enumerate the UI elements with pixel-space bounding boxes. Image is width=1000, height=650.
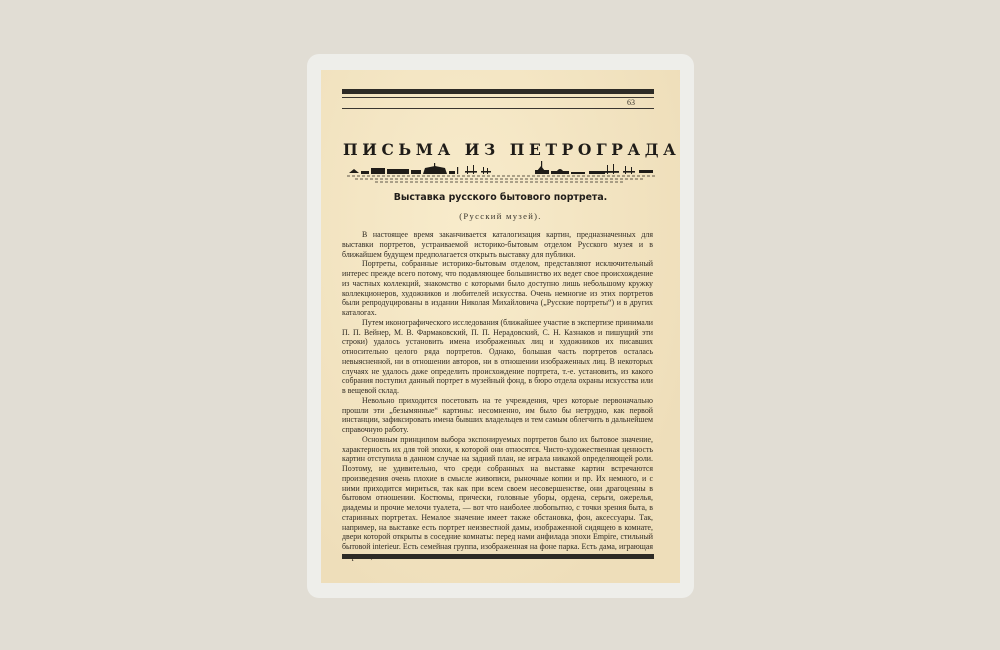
document-page: 63 ПИСЬМА ИЗ ПЕТРОГРАДА <box>321 70 680 583</box>
footer-rule-thick <box>342 554 654 559</box>
paragraph: Невольно приходится посетовать на те учр… <box>342 396 653 435</box>
page-number: 63 <box>627 98 635 107</box>
paragraph: Портреты, собранные историко-бытовым отд… <box>342 259 653 318</box>
header-rule-thick <box>342 89 654 94</box>
paragraph: Путем иконографического исследования (бл… <box>342 318 653 396</box>
article-subtitle: (Русский музей). <box>321 211 680 221</box>
article-body: В настоящее время заканчивается каталоги… <box>342 230 653 562</box>
article-title: Выставка русского бытового портрета. <box>321 192 680 203</box>
paragraph: В настоящее время заканчивается каталоги… <box>342 230 653 259</box>
section-heading: ПИСЬМА ИЗ ПЕТРОГРАДА <box>343 140 655 159</box>
header-rule-thin-bottom <box>342 108 654 109</box>
petrograd-skyline-icon <box>345 161 657 183</box>
header-rule-thin-top <box>342 97 654 98</box>
paragraph: Основным принципом выбора экспонируемых … <box>342 435 653 562</box>
